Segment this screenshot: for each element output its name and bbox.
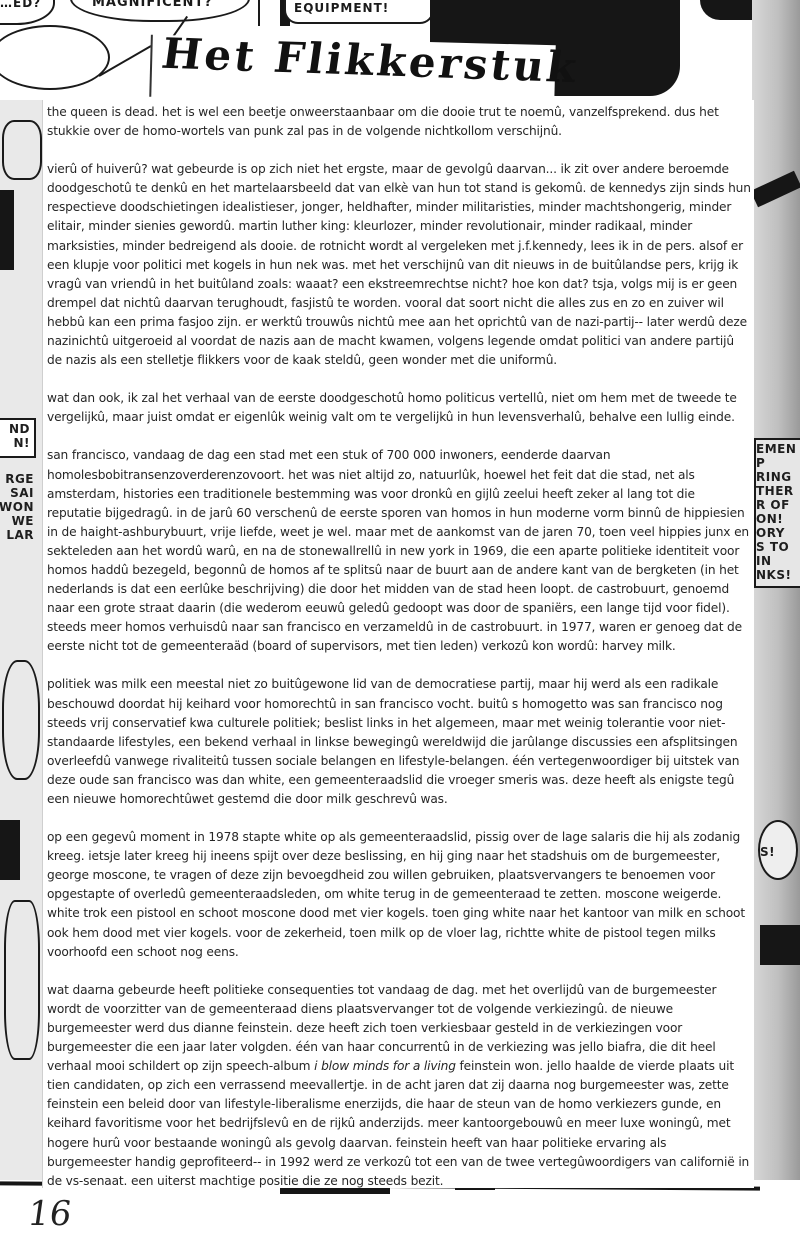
- article-body: the queen is dead. het is wel een beetje…: [47, 103, 751, 1210]
- article-paragraph-1: the queen is dead. het is wel een beetje…: [47, 103, 751, 141]
- article-paragraph-3: wat dan ook, ik zal het verhaal van de e…: [47, 389, 751, 427]
- page-number: 16: [25, 1194, 74, 1234]
- article-panel: the queen is dead. het is wel een beetje…: [42, 100, 754, 1188]
- comic-panel-right: EMEN P RING THER R OF ON! ORY S TO IN NK…: [752, 0, 800, 1235]
- speech-text-right: EQUIPMENT!: [294, 1, 389, 15]
- article-paragraph-4: san francisco, vandaag de dag een stad m…: [47, 446, 751, 656]
- panel-divider: [258, 0, 260, 26]
- article-paragraph-7: wat daarna gebeurde heeft politieke cons…: [47, 981, 751, 1191]
- comic-building: [760, 925, 800, 965]
- comic-sketch-line: [4, 900, 40, 1060]
- comic-sketch-line: [2, 120, 42, 180]
- speech-fragment-left-1: ND N!: [0, 422, 30, 450]
- comic-sketch-line: [2, 660, 40, 780]
- article-paragraph-2: vierû of huiverû? wat gebeurde is op zic…: [47, 160, 751, 370]
- comic-panel-left: ND N! RGE SAI WON WE LAR: [0, 100, 46, 1200]
- speech-text-left: …ED?: [0, 0, 41, 10]
- article-paragraph-6: op een gegevû moment in 1978 stapte whit…: [47, 828, 751, 962]
- comic-gun-barrel: [752, 171, 800, 208]
- article-paragraph-5: politiek was milk een meestal niet zo bu…: [47, 675, 751, 809]
- speech-fragment-left-2: RGE SAI WON WE LAR: [0, 472, 34, 542]
- speech-fragment-right-2: S!: [760, 845, 790, 859]
- album-title: i blow minds for a living: [314, 1059, 456, 1073]
- speech-fragment-right-1: EMEN P RING THER R OF ON! ORY S TO IN NK…: [756, 442, 800, 582]
- paragraph-text: feinstein won. jello haalde de vierde pl…: [47, 1059, 749, 1188]
- zine-page: …ED? MAGNIFICENT? EQUIPMENT! Het Flikker…: [0, 0, 800, 1235]
- comic-shadow: [0, 820, 20, 880]
- comic-cloud: [0, 25, 110, 90]
- comic-shadow: [0, 190, 14, 270]
- speech-text-center: MAGNIFICENT?: [92, 0, 213, 10]
